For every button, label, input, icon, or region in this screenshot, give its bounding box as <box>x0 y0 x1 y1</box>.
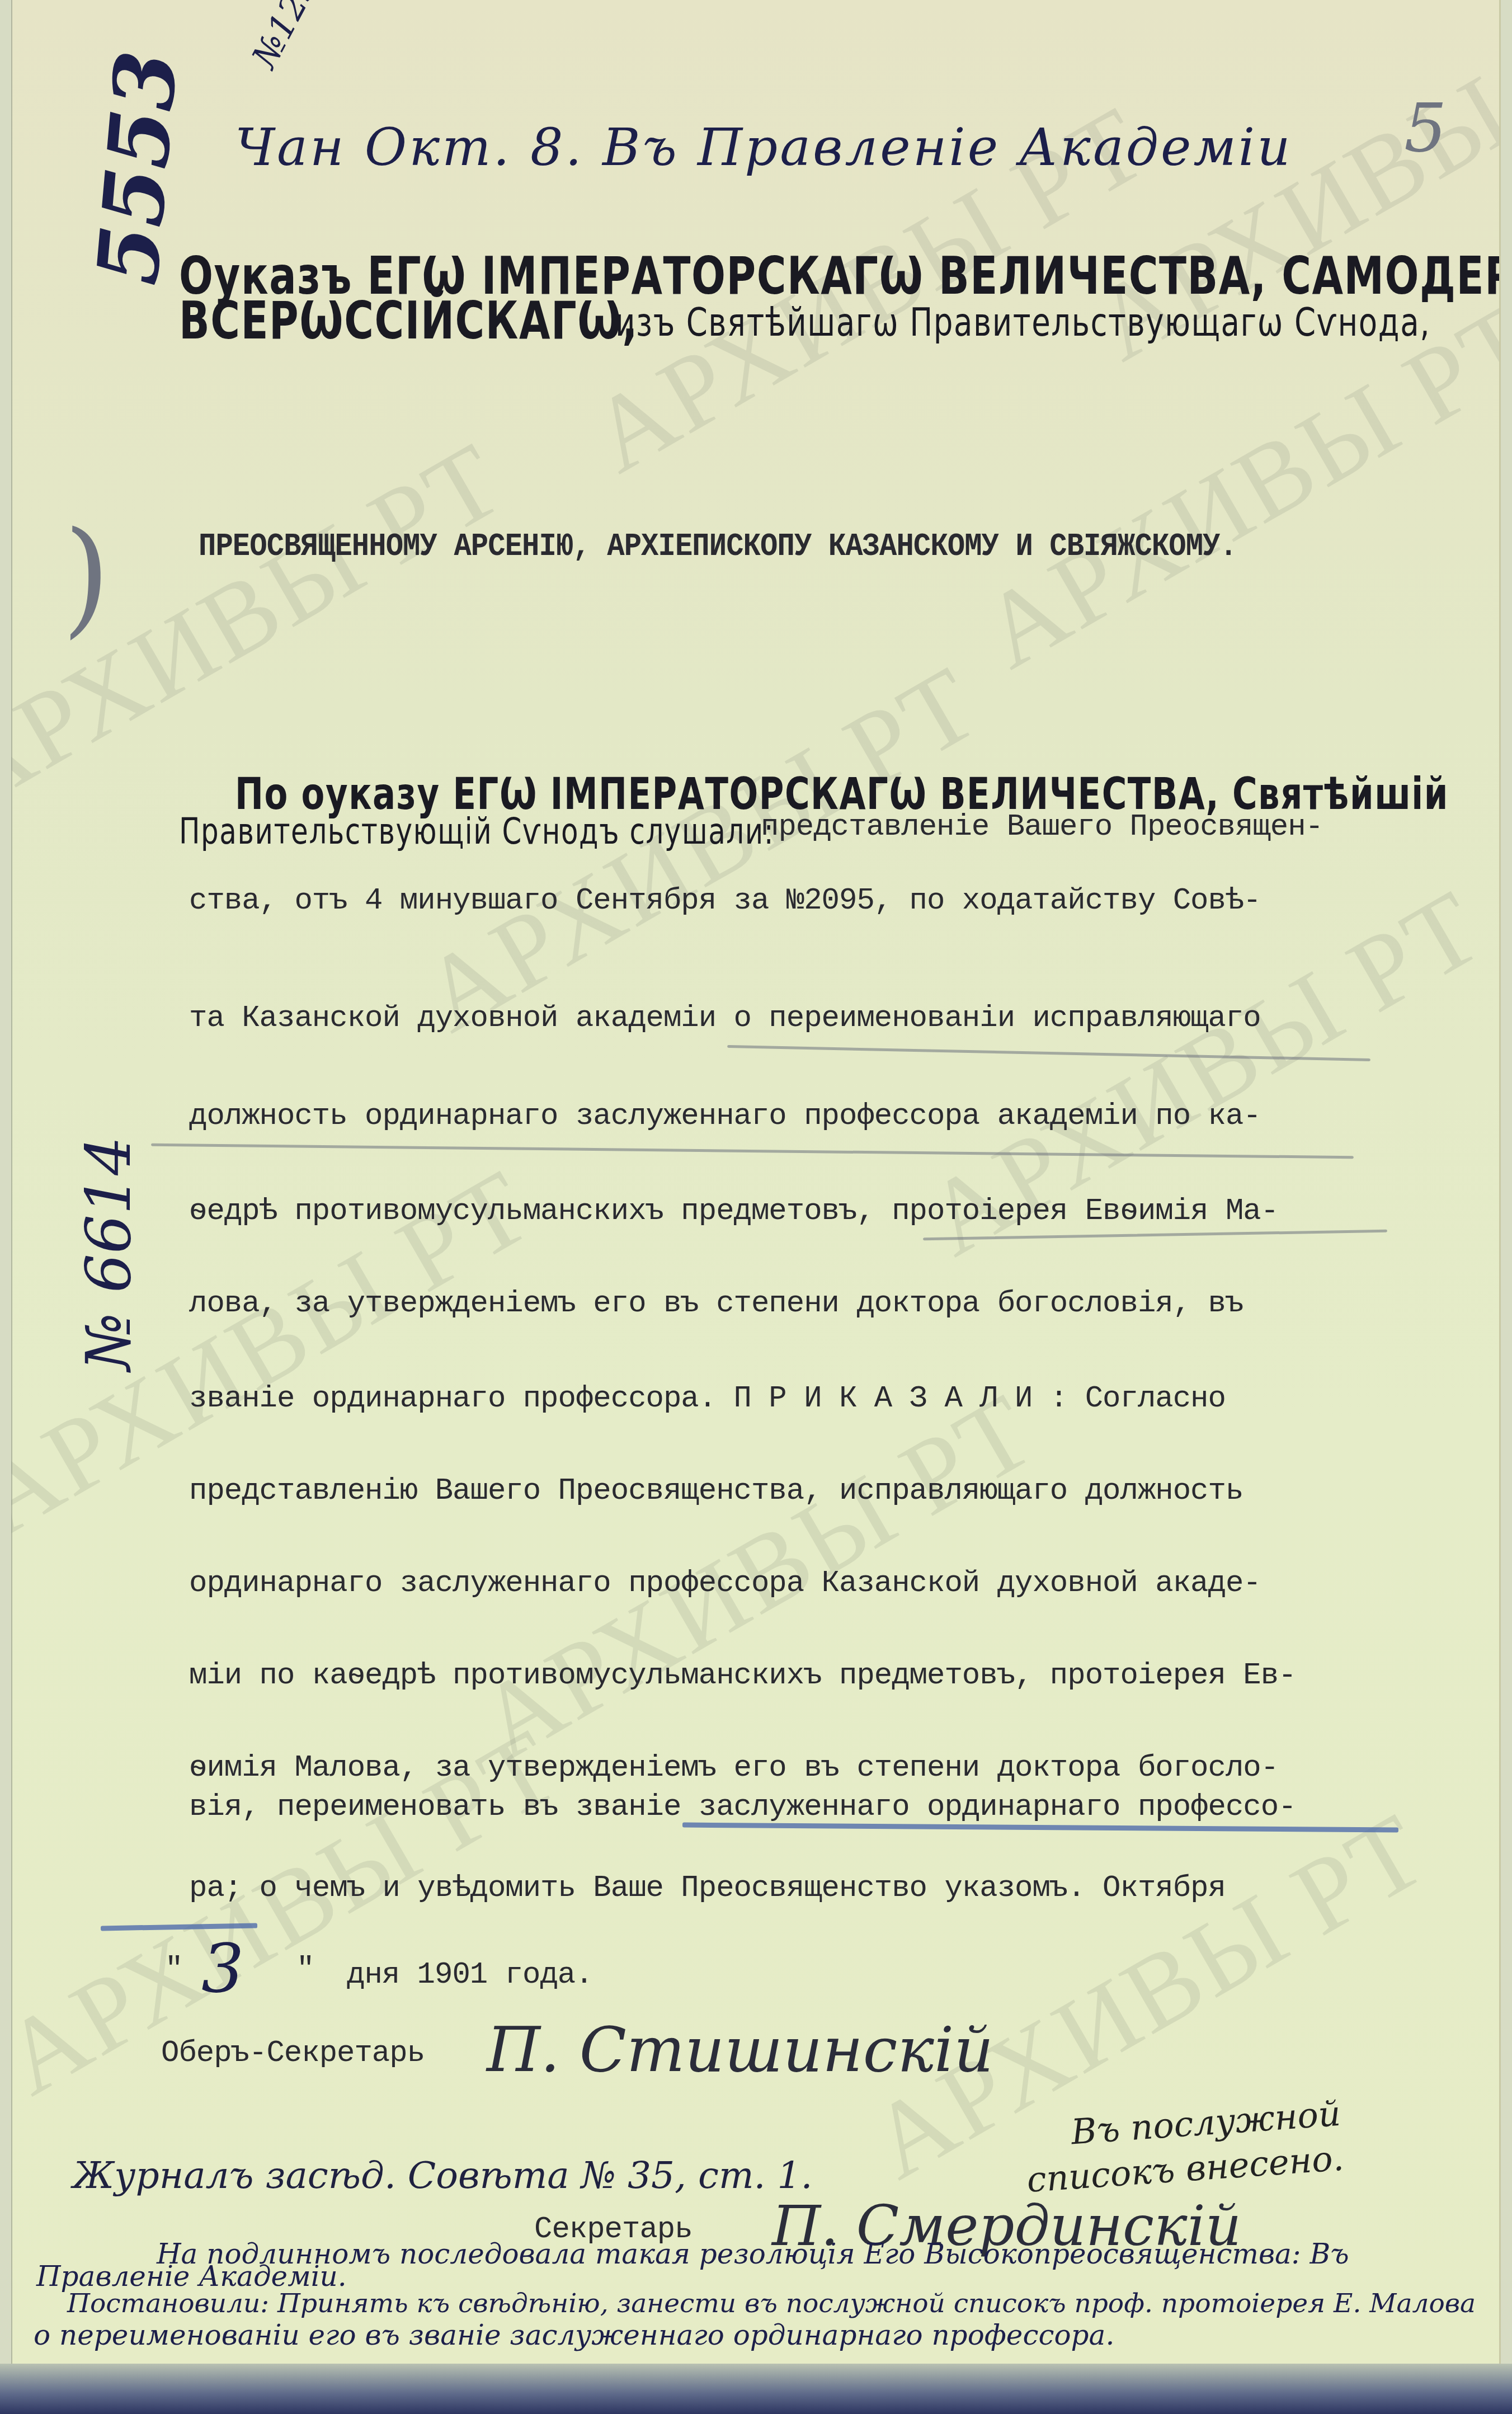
body-line: ѳимія Малова, за утвержденіемъ его въ ст… <box>189 1751 1278 1785</box>
body-line: ства, отъ 4 минувшаго Сентября за №2095,… <box>189 884 1261 918</box>
torn-page-edge <box>0 2364 1512 2414</box>
pencil-underline <box>727 1045 1370 1061</box>
binding-edge <box>11 0 12 2372</box>
decree-title-line-2-prefix: ВСЕРѠССІЙСКАГѠ, <box>179 291 638 351</box>
registry-number: №1231 <box>244 0 337 74</box>
body-line: лова, за утвержденіемъ его въ степени до… <box>189 1287 1243 1321</box>
body-opening-line-2: Правительствующій Сѵнодъ слушали: <box>179 811 774 853</box>
body-line: должность ординарнаго заслуженнаго профе… <box>189 1099 1261 1133</box>
resolution-line-3: Постановили: Принять къ свѣдѣнію, занест… <box>67 2288 1476 2319</box>
journal-note: Журналъ засѣд. Совѣта № 35, ст. 1. <box>73 2154 812 2197</box>
body-line: ѳедрѣ противомусульманскихъ предметовъ, … <box>189 1194 1278 1229</box>
pencil-underline <box>151 1144 1354 1159</box>
body-line: ра; о чемъ и увѣдомить Ваше Преосвященст… <box>189 1871 1226 1905</box>
page-number: 5 <box>1404 90 1447 167</box>
chief-secretary-signature: П. Стишинскій <box>487 2014 993 2086</box>
body-line: та Казанской духовной академіи о переиме… <box>189 1001 1261 1036</box>
side-number: № 6614 <box>73 1136 144 1371</box>
body-line: представленію Вашего Преосвященства, исп… <box>189 1474 1243 1508</box>
service-list-note: Въ послужной списокъ внесено. <box>982 2091 1345 2205</box>
date-open-quote: " <box>165 1952 182 1987</box>
body-opening-typed: представленіе Вашего Преосвящен- <box>761 810 1323 844</box>
resolution-line-4: о переименованіи его въ званіе заслуженн… <box>34 2319 1114 2351</box>
body-line: званіе ординарнаго профессора. П Р И К А… <box>189 1382 1226 1416</box>
document-page: АРХИВЫ РТ АРХИВЫ РТ АРХИВЫ РТ АРХИВЫ РТ … <box>11 0 1501 2372</box>
decree-title-line-2-suffix: изъ Святѣйшагѡ Правительствующагѡ Сѵнода… <box>615 299 1430 345</box>
body-line: міи по каѳедрѣ противомусульманскихъ пре… <box>189 1659 1296 1693</box>
date-day: 3 <box>201 1930 244 2008</box>
body-line: ординарнаго заслуженнаго профессора Каза… <box>189 1566 1261 1601</box>
date-rest: дня 1901 года. <box>347 1958 593 1992</box>
handwritten-header: Чан Окт. 8. Въ Правленіе Академіи <box>235 117 1293 177</box>
body-line: вія, переименовать въ званіе заслуженнаг… <box>189 1790 1296 1824</box>
chief-secretary-label: Оберъ-Секретарь <box>161 2036 425 2071</box>
pencil-underline <box>923 1230 1387 1240</box>
date-close-quote: " <box>296 1952 314 1987</box>
margin-parenthesis: ) <box>49 500 121 650</box>
addressee: ПРЕОСВЯЩЕННОМУ АРСЕНІЮ, АРХІЕПИСКОПУ КАЗ… <box>199 529 1237 565</box>
